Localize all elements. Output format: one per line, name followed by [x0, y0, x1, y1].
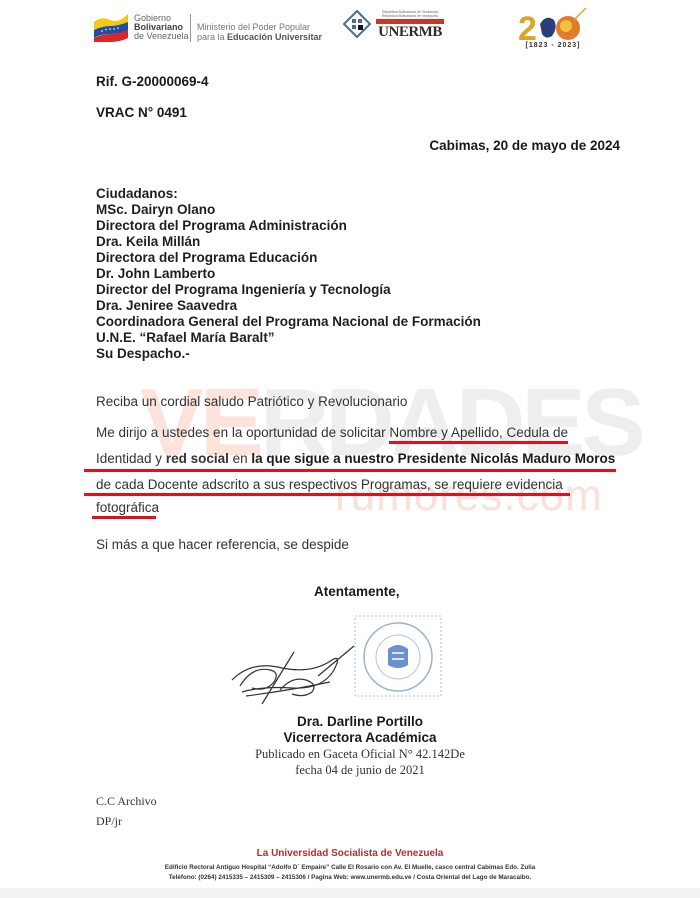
carbon-copy: C.C Archivo DP/jr — [96, 791, 157, 831]
unermb-logo: República Bolivariana de Venezuela Repúb… — [372, 10, 448, 39]
recipient-line: Dr. John Lamberto — [96, 266, 481, 282]
body-line-3: de cada Docente adscrito a sus respectiv… — [96, 477, 563, 492]
place-date: Cabimas, 20 de mayo de 2024 — [429, 138, 620, 153]
highlight-underline — [84, 493, 570, 496]
recipient-line: Ciudadanos: — [96, 186, 481, 202]
recipient-line: MSc. Dairyn Olano — [96, 202, 481, 218]
signatory-name: Dra. Darline Portillo — [220, 714, 500, 730]
unermb-emblem-icon — [343, 10, 371, 38]
valediction: Atentamente, — [314, 584, 400, 599]
body-line-4: fotográfica — [96, 500, 159, 515]
rif-number: Rif. G-20000069-4 — [96, 74, 209, 89]
cc-line: DP/jr — [96, 811, 157, 831]
highlight-underline — [84, 469, 616, 472]
footer-address: Edificio Rectoral Antiguo Hospital “Adol… — [0, 864, 700, 871]
venezuela-flag-icon — [92, 12, 130, 42]
body-line-2: Identidad y red social en la que sigue a… — [96, 451, 615, 466]
recipients-block: Ciudadanos: MSc. Dairyn Olano Directora … — [96, 186, 481, 362]
recipient-line: Coordinadora General del Programa Nacion… — [96, 314, 481, 330]
gazette-date: fecha 04 de junio de 2021 — [220, 762, 500, 778]
greeting: Reciba un cordial saludo Patriótico y Re… — [96, 394, 407, 409]
signatory-role: Vicerrectora Académica — [220, 730, 500, 746]
recipient-line: Dra. Keila Millán — [96, 234, 481, 250]
ministry-logo-text: Ministerio del Poder Popular para la Edu… — [197, 22, 322, 42]
anniversary-years: [1823 - 2023] — [516, 42, 590, 49]
body-line-1: Me dirijo a ustedes en la oportunidad de… — [96, 425, 568, 440]
official-seal — [352, 613, 444, 699]
reference-number: VRAC N° 0491 — [96, 105, 187, 120]
recipient-line: Director del Programa Ingeniería y Tecno… — [96, 282, 481, 298]
recipient-line: Dra. Jeniree Saavedra — [96, 298, 481, 314]
gobierno-bolivariano-logo-text: Gobierno Bolivariano de Venezuela — [134, 14, 189, 41]
highlight-underline — [92, 516, 156, 519]
recipient-line: Su Despacho.- — [96, 346, 481, 362]
header-divider — [190, 14, 191, 42]
cc-line: C.C Archivo — [96, 791, 157, 811]
recipient-line: U.N.E. “Rafael María Baralt” — [96, 330, 481, 346]
recipient-line: Directora del Programa Educación — [96, 250, 481, 266]
gazette-publication: Publicado en Gaceta Oficial N° 42.142De — [220, 746, 500, 762]
page-bottom-edge — [0, 888, 700, 898]
recipient-line: Directora del Programa Administración — [96, 218, 481, 234]
handwritten-signature — [222, 630, 362, 710]
footer-contact: Teléfono: (0264) 2415335 – 2415309 – 241… — [0, 874, 700, 881]
footer-title: La Universidad Socialista de Venezuela — [0, 848, 700, 859]
closing-line: Si más a que hacer referencia, se despid… — [96, 537, 349, 552]
highlighted-request: Nombre y Apellido, Cedula de — [389, 425, 568, 444]
signatory-block: Dra. Darline Portillo Vicerrectora Acadé… — [220, 714, 500, 778]
